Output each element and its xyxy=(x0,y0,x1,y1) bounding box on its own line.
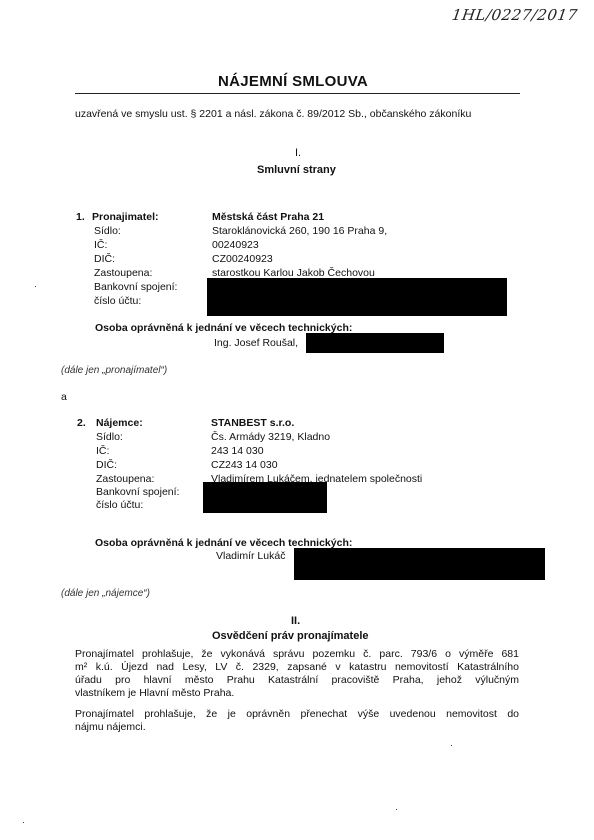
redaction-bank-details-party-2 xyxy=(203,482,327,513)
section-2-heading: Osvědčení práv pronajímatele xyxy=(212,630,369,642)
scan-speck xyxy=(396,809,397,810)
section-2-number: II. xyxy=(291,615,300,627)
party-2-field-value: Čs. Armády 3219, Kladno xyxy=(211,431,330,443)
scan-speck xyxy=(451,745,452,746)
scan-speck xyxy=(35,286,36,287)
party-2-tech-contact-name: Vladimír Lukáč xyxy=(216,550,285,562)
party-2-field-value: 243 14 030 xyxy=(211,445,264,457)
paragraph-line: nájmu nájemci. xyxy=(75,721,519,734)
party-1-tech-contact-name: Ing. Josef Roušal, xyxy=(214,337,298,349)
party-2-field-label: číslo účtu: xyxy=(96,499,143,511)
section-2-paragraph-1: Pronajímatel prohlašuje, že vykonává spr… xyxy=(75,648,519,700)
party-1-field-value: CZ00240923 xyxy=(212,253,273,265)
party-1-field-value: Staroklánovická 260, 190 16 Praha 9, xyxy=(212,225,387,237)
document-title: NÁJEMNÍ SMLOUVA xyxy=(218,73,368,90)
paragraph-line: Pronajímatel prohlašuje, že je oprávněn … xyxy=(75,708,519,721)
paragraph-line: Pronajímatel prohlašuje, že vykonává spr… xyxy=(75,648,519,661)
party-1-field-value: 00240923 xyxy=(212,239,259,251)
party-1-alias: (dále jen „pronajímatel“) xyxy=(61,365,167,376)
party-1-name: Městská část Praha 21 xyxy=(212,211,324,223)
party-1-field-label: DIČ: xyxy=(94,253,115,265)
redaction-tech-contact-party-1 xyxy=(306,333,444,353)
party-2-field-label: IČ: xyxy=(96,445,109,457)
redaction-tech-contact-party-2 xyxy=(294,548,545,580)
paragraph-line: m² k.ú. Újezd nad Lesy, LV č. 2329, zaps… xyxy=(75,661,519,674)
title-underline xyxy=(75,93,520,94)
party-2-field-label: DIČ: xyxy=(96,459,117,471)
conjunction: a xyxy=(61,391,67,403)
section-1-number: I. xyxy=(295,147,301,159)
party-1-field-label: Bankovní spojení: xyxy=(94,281,177,293)
party-2-role-label: Nájemce: xyxy=(96,417,143,429)
party-2-name: STANBEST s.r.o. xyxy=(211,417,294,429)
party-2-field-value: CZ243 14 030 xyxy=(211,459,278,471)
party-1-field-label: číslo účtu: xyxy=(94,295,141,307)
party-2-alias: (dále jen „nájemce“) xyxy=(61,588,150,599)
section-2-paragraph-2: Pronajímatel prohlašuje, že je oprávněn … xyxy=(75,708,519,734)
party-1-role-label: Pronajimatel: xyxy=(92,211,159,223)
party-2-field-label: Bankovní spojení: xyxy=(96,486,179,498)
handwritten-reference-number: 1HL/0227/2017 xyxy=(451,6,579,24)
party-2-index: 2. xyxy=(77,417,86,429)
document-subtitle: uzavřená ve smyslu ust. § 2201 a násl. z… xyxy=(75,108,471,120)
party-2-field-label: Zastoupena: xyxy=(96,473,154,485)
party-2-field-label: Sídlo: xyxy=(96,431,123,443)
party-1-field-label: Sídlo: xyxy=(94,225,121,237)
party-1-field-label: IČ: xyxy=(94,239,107,251)
paragraph-line: úřadu pro hlavní město Prahu Katastrální… xyxy=(75,674,519,687)
party-1-index: 1. xyxy=(76,211,85,223)
party-1-field-label: Zastoupena: xyxy=(94,267,152,279)
paragraph-line: vlastníkem je Hlavní město Praha. xyxy=(75,687,519,700)
section-1-heading: Smluvní strany xyxy=(257,164,336,176)
scan-speck xyxy=(23,822,24,823)
redaction-bank-details-party-1 xyxy=(207,278,507,316)
